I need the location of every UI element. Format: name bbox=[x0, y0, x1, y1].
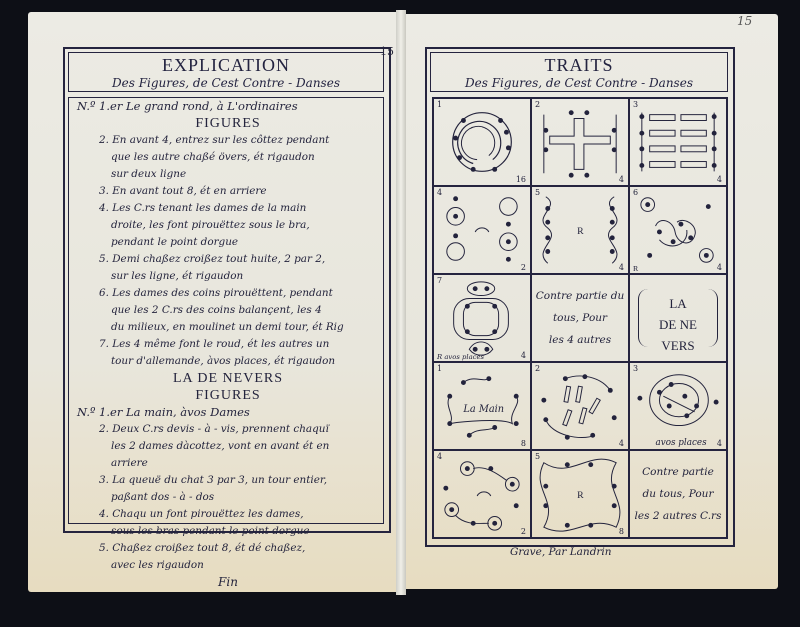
text-line: sur les ligne, ét rigaudon bbox=[77, 268, 379, 285]
figure-cell: 7 R avos places 4 bbox=[433, 274, 531, 362]
text-line: 3. La queuë du chat 3 par 3, un tour ent… bbox=[77, 472, 379, 489]
figure-cell: 4 2 bbox=[433, 450, 531, 538]
text-line: 5. Chaßez croißez tout 8, ét dé chaßez, bbox=[77, 540, 379, 557]
text-line: que les autre chaßé övers, ét rigaudon bbox=[77, 149, 379, 166]
text-line: les 2 dames dàcottez, vont en avant ét e… bbox=[77, 438, 379, 455]
text-line: 4. Chaqu un font pirouëttez les dames, bbox=[77, 506, 379, 523]
text-line: droite, les font pirouëttez sous le bra, bbox=[77, 217, 379, 234]
contre-partie-cell: Contre partie du tous, Pour les 2 autres… bbox=[629, 450, 727, 538]
engraver-credit: Grave, Par Landrin bbox=[510, 546, 612, 558]
text-line: pendant le point dorgue bbox=[77, 234, 379, 251]
rond-figure-diagram: R avos places bbox=[434, 275, 530, 361]
dance2-figures-label: FIGURES bbox=[77, 387, 379, 404]
text-line: 6. Les dames des coins pirouëttent, pend… bbox=[77, 285, 379, 302]
text-line: 2. Deux C.rs devis - à - vis, prennent c… bbox=[77, 421, 379, 438]
dance-title-bracketed: LA DE NE VERS bbox=[638, 289, 718, 347]
chassez-figure-diagram: R bbox=[532, 451, 628, 537]
text-line: 3. En avant tout 8, ét en arriere bbox=[77, 183, 379, 200]
figure-count: 2 bbox=[521, 263, 526, 272]
figure-count: 4 bbox=[717, 263, 722, 272]
figures-grid: 1 16 2 4 3 4 4 2 5 R 4 6 R 4 7 R avos pl… bbox=[432, 97, 728, 539]
text-line: arriere bbox=[77, 455, 379, 472]
figure-count: 4 bbox=[717, 439, 722, 448]
svg-text:R: R bbox=[577, 490, 584, 501]
figure-count: 4 bbox=[521, 351, 526, 360]
text-line: du milieux, en moulinet un demi tour, ét… bbox=[77, 319, 379, 336]
lines-figure-diagram bbox=[630, 99, 726, 185]
spiral-figure-diagram: avos places bbox=[630, 363, 726, 449]
figure-count: 2 bbox=[521, 527, 526, 536]
dance2-title: LA DE NEVERS bbox=[77, 370, 379, 387]
svg-text:avos places: avos places bbox=[656, 438, 708, 448]
figure-count: 4 bbox=[717, 175, 722, 184]
text-line: les 2 autres C.rs bbox=[630, 505, 726, 527]
page-subtitle: Des Figures, de Cest Contre - Danses bbox=[69, 76, 383, 90]
figure-count: 4 bbox=[619, 263, 624, 272]
figure-cell: 2 4 bbox=[531, 362, 629, 450]
contre-partie-text: Contre partie du tous, Pour les 4 autres bbox=[532, 285, 628, 351]
dance1-heading: N.º 1.er Le grand rond, à L'ordinaires bbox=[77, 98, 379, 115]
dance-title-cell: LA DE NE VERS bbox=[629, 274, 727, 362]
fin-label: Fin bbox=[77, 574, 379, 591]
figure-cell: 1 La Main 8 bbox=[433, 362, 531, 450]
swirl-figure-diagram: R bbox=[630, 187, 726, 273]
traits-header-box: TRAITS Des Figures, de Cest Contre - Dan… bbox=[430, 52, 728, 92]
la-main-figure-diagram: La Main bbox=[434, 363, 530, 449]
explication-header-box: EXPLICATION Des Figures, de Cest Contre … bbox=[68, 52, 384, 92]
text-line: 5. Demi chaßez croißez tout huite, 2 par… bbox=[77, 251, 379, 268]
chain-figure-diagram: R bbox=[532, 187, 628, 273]
explication-body-box: N.º 1.er Le grand rond, à L'ordinaires F… bbox=[68, 97, 384, 524]
contre-partie-text: Contre partie du tous, Pour les 2 autres… bbox=[630, 461, 726, 527]
figure-cell: 4 2 bbox=[433, 186, 531, 274]
svg-text:R: R bbox=[577, 226, 584, 237]
text-line: DE NE bbox=[639, 314, 717, 335]
text-line: Contre partie du bbox=[532, 285, 628, 307]
explication-text: N.º 1.er Le grand rond, à L'ordinaires F… bbox=[69, 98, 383, 591]
text-line: VERS bbox=[639, 335, 717, 356]
arrows-figure-diagram bbox=[532, 363, 628, 449]
figure-cell: 5 R 4 bbox=[531, 186, 629, 274]
svg-text:R avos places: R avos places bbox=[436, 353, 485, 361]
dance2-heading: N.º 1.er La main, àvos Dames bbox=[77, 404, 379, 421]
figure-count: 4 bbox=[619, 175, 624, 184]
cross-figure-diagram bbox=[532, 99, 628, 185]
text-line: les 4 autres bbox=[532, 329, 628, 351]
text-line: 4. Les C.rs tenant les dames de la main bbox=[77, 200, 379, 217]
svg-text:La Main: La Main bbox=[462, 404, 504, 415]
figure-count: 4 bbox=[619, 439, 624, 448]
svg-text:R: R bbox=[633, 264, 639, 273]
page-title: EXPLICATION bbox=[69, 55, 383, 76]
book-gutter bbox=[396, 10, 406, 595]
text-line: avec les rigaudon bbox=[77, 557, 379, 574]
figure-cell: 6 R 4 bbox=[629, 186, 727, 274]
figure-cell: 2 4 bbox=[531, 98, 629, 186]
contre-partie-cell: Contre partie du tous, Pour les 4 autres bbox=[531, 274, 629, 362]
pirouette-figure-diagram bbox=[434, 451, 530, 537]
page-subtitle: Des Figures, de Cest Contre - Danses bbox=[431, 76, 727, 90]
text-line: sur deux ligne bbox=[77, 166, 379, 183]
figure-cell: 5 R 8 bbox=[531, 450, 629, 538]
figure-cell: 3 4 bbox=[629, 98, 727, 186]
text-line: sous les bras pendant le point dorgue bbox=[77, 523, 379, 540]
text-line: tous, Pour bbox=[532, 307, 628, 329]
text-line: Contre partie bbox=[630, 461, 726, 483]
dance1-figures-label: FIGURES bbox=[77, 115, 379, 132]
text-line: 2. En avant 4, entrez sur les côttez pen… bbox=[77, 132, 379, 149]
page-title: TRAITS bbox=[431, 55, 727, 76]
figure-cell: 1 16 bbox=[433, 98, 531, 186]
figure-cell: 3 avos places 4 bbox=[629, 362, 727, 450]
text-line: du tous, Pour bbox=[630, 483, 726, 505]
corners-figure-diagram bbox=[434, 187, 530, 273]
text-line: 7. Les 4 même font le roud, ét les autre… bbox=[77, 336, 379, 353]
handwritten-page-number: 15 bbox=[737, 14, 752, 28]
figure-count: 8 bbox=[619, 527, 624, 536]
figure-count: 8 bbox=[521, 439, 526, 448]
figure-count: 16 bbox=[516, 175, 526, 184]
text-line: que les 2 C.rs des coins balançent, les … bbox=[77, 302, 379, 319]
circle-figure-diagram bbox=[434, 99, 530, 185]
text-line: LA bbox=[639, 293, 717, 314]
text-line: paßant dos - à - dos bbox=[77, 489, 379, 506]
text-line: tour d'allemande, àvos places, ét rigaud… bbox=[77, 353, 379, 370]
